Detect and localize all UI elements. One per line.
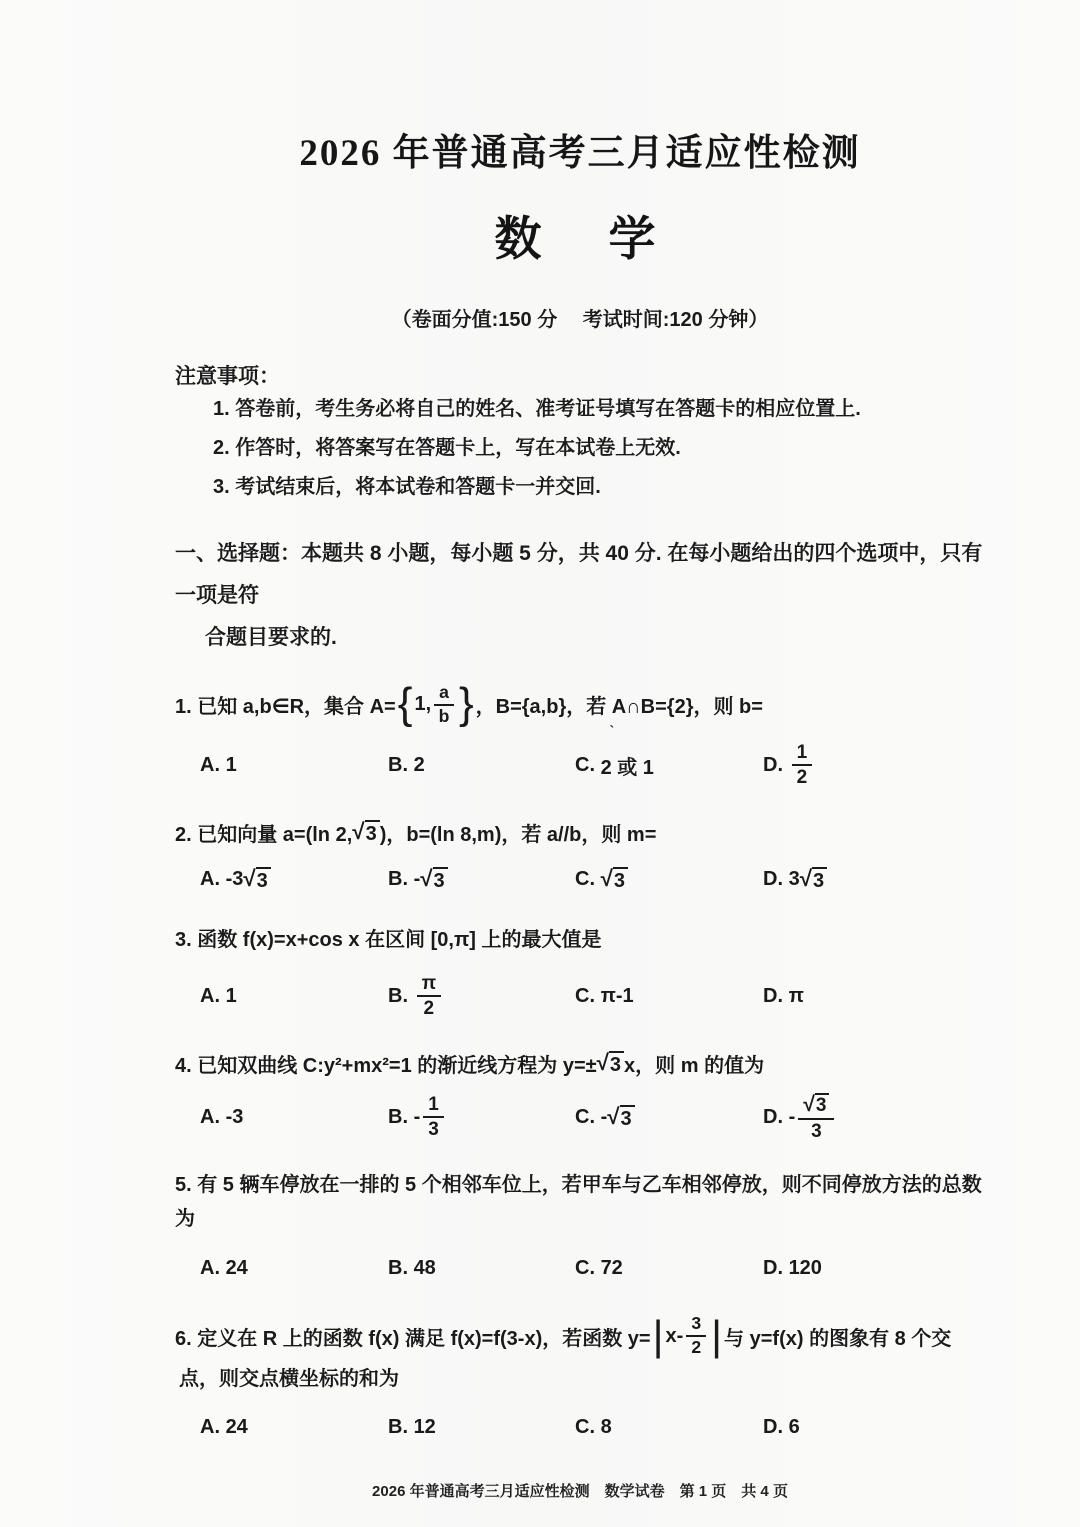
option-a: A. -3: [200, 1088, 243, 1146]
question-1: 1. 已知 a,b∈R，集合 A={1,ab}，B={a,b}，若 A∩B={2…: [175, 683, 985, 794]
exam-paper-page: 2026 年普通高考三月适应性检测 数 学 （卷面分值:150 分 考试时间:1…: [0, 0, 1080, 1527]
scan-artifact: ˋ: [609, 724, 614, 742]
exam-subject: 数 学: [175, 202, 985, 269]
option-d: D. -√33: [763, 1088, 837, 1146]
fraction-3-over-2: 32: [686, 1314, 706, 1357]
question-3-options: A. 1 B. π2 C. π-1 D. π: [175, 967, 985, 1025]
option-a: A. 1: [200, 736, 237, 794]
fraction-a-over-b: ab: [434, 683, 454, 726]
fraction-sqrt3-over-3: √33: [798, 1093, 834, 1142]
question-6: 6. 定义在 R 上的函数 f(x) 满足 f(x)=f(3-x)，若函数 y=…: [175, 1314, 985, 1449]
q4-stem-text-a: 4. 已知双曲线 C:y²+mx²=1 的渐近线方程为 y=±: [175, 1049, 597, 1078]
question-5-stem: 5. 有 5 辆车停放在一排的 5 个相邻车位上，若甲车与乙车相邻停放，则不同停…: [175, 1168, 985, 1236]
option-d: D. π: [763, 967, 804, 1025]
q4-stem-text-b: x，则 m 的值为: [624, 1049, 764, 1078]
question-5-options: A. 24 B. 48 C. 72 D. 120: [175, 1246, 985, 1290]
sqrt-3: √3: [420, 867, 447, 892]
option-c: C. 72: [575, 1246, 623, 1290]
section-heading-line-1: 一、选择题：本题共 8 小题，每小题 5 分，共 40 分. 在每小题给出的四个…: [175, 533, 985, 617]
sqrt-3: √3: [803, 1093, 829, 1117]
option-c: C. π-1: [575, 967, 634, 1025]
question-3-stem: 3. 函数 f(x)=x+cos x 在区间 [0,π] 上的最大值是: [175, 923, 985, 957]
q2-stem-text-a: 2. 已知向量 a=(ln 2,: [175, 818, 352, 847]
option-b: B. -13: [388, 1088, 447, 1146]
question-6-options: A. 24 B. 12 C. 8 D. 6: [175, 1406, 985, 1450]
question-1-options: A. 1 B. 2 ˋC. 2 或 1 D. 12: [175, 736, 985, 794]
sqrt-3: √3: [243, 867, 270, 892]
sqrt-3: √3: [607, 1105, 634, 1130]
page-content: 2026 年普通高考三月适应性检测 数 学 （卷面分值:150 分 考试时间:1…: [0, 0, 1080, 1501]
option-a: A. 24: [200, 1246, 248, 1290]
question-5: 5. 有 5 辆车停放在一排的 5 个相邻车位上，若甲车与乙车相邻停放，则不同停…: [175, 1168, 985, 1290]
notice-item-3: 3. 考试结束后，将本试卷和答题卡一并交回.: [175, 468, 985, 507]
option-c: C. 8: [575, 1406, 612, 1450]
question-2-stem: 2. 已知向量 a=(ln 2,√3)，b=(ln 8,m)，若 a//b，则 …: [175, 818, 985, 847]
question-6-stem-line-1: 6. 定义在 R 上的函数 f(x) 满足 f(x)=f(3-x)，若函数 y=…: [175, 1314, 985, 1357]
exam-meta-line: （卷面分值:150 分 考试时间:120 分钟）: [175, 303, 985, 332]
q1-stem-inner: 1,: [414, 693, 431, 716]
q2-stem-text-b: )，b=(ln 8,m)，若 a//b，则 m=: [380, 818, 657, 847]
q1-stem-text-b: ，B={a,b}，若 A∩B={2}，则 b=: [476, 690, 763, 719]
option-c: C. -√3: [575, 1088, 635, 1146]
exam-title: 2026 年普通高考三月适应性检测: [175, 122, 985, 176]
question-2-options: A. -3√3 B. -√3 C. √3 D. 3√3: [175, 857, 985, 901]
question-6-stem-line-2: 点，则交点横坐标的和为: [175, 1362, 985, 1396]
option-a: A. 1: [200, 967, 237, 1025]
option-d: D. 6: [763, 1406, 800, 1450]
notice-item-1: 1. 答卷前，考生务必将自己的姓名、准考证号填写在答题卡的相应位置上.: [175, 390, 985, 429]
fraction-1-over-3: 13: [423, 1094, 444, 1141]
option-b: B. 48: [388, 1246, 436, 1290]
option-d: D. 12: [763, 736, 815, 794]
page-footer: 2026 年普通高考三月适应性检测 数学试卷 第 1 页 共 4 页: [175, 1480, 985, 1501]
question-4: 4. 已知双曲线 C:y²+mx²=1 的渐近线方程为 y=±√3x，则 m 的…: [175, 1049, 985, 1146]
question-2: 2. 已知向量 a=(ln 2,√3)，b=(ln 8,m)，若 a//b，则 …: [175, 818, 985, 901]
section-one-heading: 一、选择题：本题共 8 小题，每小题 5 分，共 40 分. 在每小题给出的四个…: [175, 533, 985, 659]
question-3: 3. 函数 f(x)=x+cos x 在区间 [0,π] 上的最大值是 A. 1…: [175, 923, 985, 1025]
sqrt-3: √3: [601, 867, 628, 892]
q1-stem-text-a: 1. 已知 a,b∈R，集合 A=: [175, 690, 396, 719]
option-c: C. √3: [575, 857, 628, 901]
q6-stem-text-a: 6. 定义在 R 上的函数 f(x) 满足 f(x)=f(3-x)，若函数 y=: [175, 1322, 651, 1351]
option-c: ˋC. 2 或 1: [575, 736, 654, 794]
fraction-pi-over-2: π2: [417, 973, 442, 1020]
option-b: B. 2: [388, 736, 425, 794]
option-d: D. 3√3: [763, 857, 827, 901]
question-4-stem: 4. 已知双曲线 C:y²+mx²=1 的渐近线方程为 y=±√3x，则 m 的…: [175, 1049, 985, 1078]
option-a: A. 24: [200, 1406, 248, 1450]
option-b: B. π2: [388, 967, 444, 1025]
question-1-stem: 1. 已知 a,b∈R，集合 A={1,ab}，B={a,b}，若 A∩B={2…: [175, 683, 985, 726]
q6-stem-inner: x-: [666, 1325, 684, 1348]
notice-item-2: 2. 作答时，将答案写在答题卡上，写在本试卷上无效.: [175, 429, 985, 468]
question-4-options: A. -3 B. -13 C. -√3 D. -√33: [175, 1088, 985, 1146]
sqrt-3: √3: [800, 867, 827, 892]
option-d: D. 120: [763, 1246, 822, 1290]
q6-stem-text-b: 与 y=f(x) 的图象有 8 个交: [724, 1322, 951, 1351]
option-b: B. 12: [388, 1406, 436, 1450]
fraction-1-over-2: 12: [792, 742, 813, 789]
section-heading-line-2: 合题目要求的.: [175, 617, 985, 659]
sqrt-3: √3: [352, 820, 379, 845]
option-b: B. -√3: [388, 857, 448, 901]
notice-heading: 注意事项：: [175, 360, 985, 390]
option-a: A. -3√3: [200, 857, 271, 901]
sqrt-3: √3: [597, 1051, 624, 1076]
